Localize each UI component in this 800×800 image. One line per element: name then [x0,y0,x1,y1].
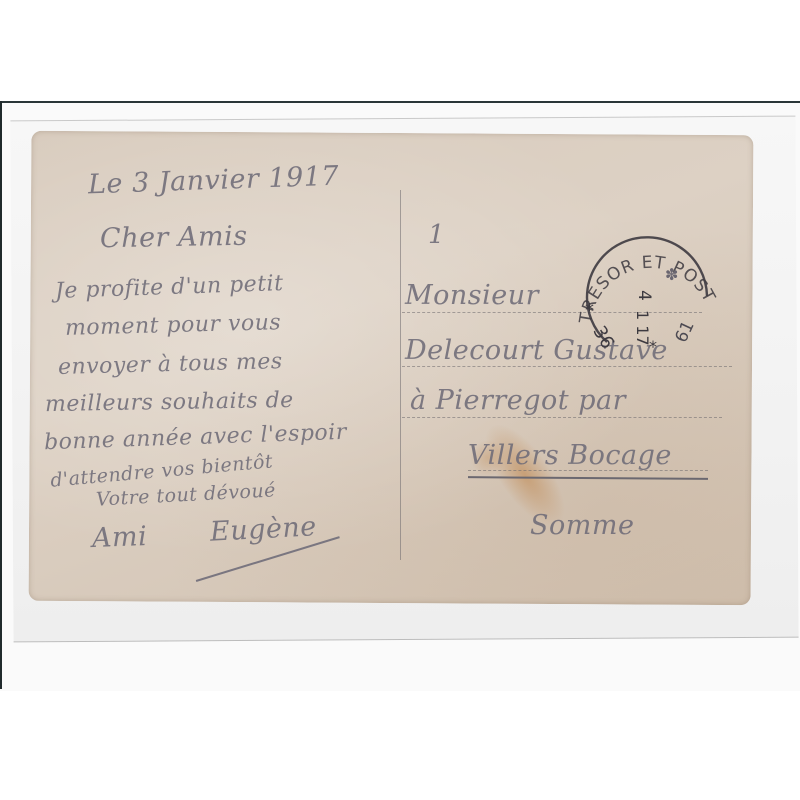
message-signature: Eugène [209,511,317,548]
address-rule [402,417,722,419]
postmark-ornament: * [649,337,657,356]
postmark-ornament: * [585,300,594,321]
message-greeting: Cher Amis [100,221,248,255]
postmark-ornament: ✽ [665,265,678,284]
background-top [0,0,800,101]
card-divider-line [400,190,401,560]
message-closing: Ami [91,521,147,554]
address-line: à Pierregot par [410,385,626,416]
address-line: Villers Bocage [468,440,672,471]
address-rule [402,366,732,368]
postmark-stamp: TRESOR ET POSTES 4 1 17 * ✽ 36 * 61 [577,232,715,358]
postmark-day: 4 [634,290,654,301]
postmark-sector-left: 36 [588,322,618,352]
postmark-sector-right: 61 [671,318,698,346]
address-line: Somme [530,510,634,541]
address-mark: 1 [428,220,445,250]
message-line: meilleurs souhaits de [45,388,294,417]
scan-edge [0,101,2,689]
address-line: Monsieur [405,280,539,311]
